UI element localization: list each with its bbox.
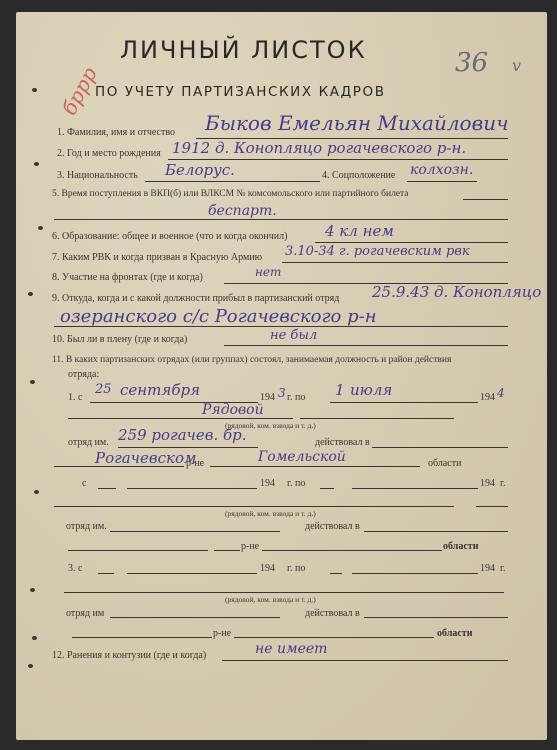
field-2-line: [168, 159, 508, 160]
detachment-3-to-day-line: [330, 573, 342, 574]
document-title: ЛИЧНЫЙ ЛИСТОК: [120, 36, 367, 64]
detachment-2-num: с: [82, 478, 86, 489]
detachment-2-district-line-b: [214, 550, 240, 551]
detachment-2-position-line-b: [476, 506, 508, 507]
detachment-2-from-line: [127, 488, 257, 489]
detachment-3-to-label: г. по: [287, 563, 305, 574]
field-12-line: [222, 660, 508, 661]
detachment-3-position-hint: (рядовой, ком. взвода и т. д.): [225, 595, 316, 604]
detachment-1-position-line: [68, 418, 293, 419]
detachment-3-detachment-line: [110, 617, 280, 618]
detachment-2-from-day-line: [98, 488, 116, 489]
detachment-3-acted-label: действовал в: [305, 608, 360, 619]
field-12-label: 12. Ранения и контузии (где и когда): [52, 650, 206, 661]
field-9-label: 9. Откуда, когда и с какой должности при…: [52, 293, 339, 304]
detachment-1-district: Рогачевском: [95, 449, 196, 467]
punch-hole: [30, 380, 35, 384]
detachment-2-to-year-label: 194: [480, 478, 495, 489]
field-4-line: [407, 181, 477, 182]
field-8-value: нет: [255, 265, 281, 279]
detachment-2-position-line: [54, 506, 454, 507]
detachment-3-from-year-label: 194: [260, 563, 275, 574]
punch-hole: [28, 664, 33, 668]
page-number-annotation: 36: [455, 48, 488, 78]
detachment-2-to-day-line: [320, 488, 334, 489]
field-5-line-b: [54, 219, 508, 220]
field-9-value: 25.9.43 д. Конопляцо: [372, 283, 541, 301]
punch-hole: [30, 588, 35, 592]
punch-hole: [34, 162, 39, 166]
detachment-2-acted-label: действовал в: [305, 521, 360, 532]
detachment-1-region: Гомельской: [258, 449, 346, 465]
detachment-2-to-label: г. по: [287, 478, 305, 489]
field-3-line: [145, 181, 320, 182]
detachment-2-detachment-line: [110, 531, 280, 532]
detachment-1-position-line-b: [300, 418, 454, 419]
field-3-value: Белорус.: [165, 161, 235, 179]
detachment-2-district-label: р-не: [241, 541, 259, 552]
detachment-1-to-year-label: 194: [480, 392, 495, 403]
document-subtitle: ПО УЧЕТУ ПАРТИЗАНСКИХ КАДРОВ: [95, 84, 386, 100]
detachment-1-to-day: 1: [335, 381, 345, 399]
punch-hole: [28, 292, 33, 296]
checkmark-annotation: v: [512, 56, 521, 75]
detachment-2-region-line: [262, 550, 442, 551]
field-12-value: не имеет: [255, 641, 327, 657]
detachment-3-detachment-label: отряд им: [66, 608, 104, 619]
field-10-value: не был: [270, 328, 317, 343]
field-8-label: 8. Участие на фронтах (где и когда): [52, 272, 203, 283]
field-3-label: 3. Национальность: [57, 170, 138, 181]
field-7-line: [282, 262, 508, 263]
field-4-label: 4. Соцположение: [322, 170, 395, 181]
field-7-label: 7. Каким РВК и когда призван в Красную А…: [52, 252, 262, 263]
field-6-line: [315, 242, 508, 243]
punch-hole: [32, 636, 37, 640]
detachment-1-region-label: области: [428, 458, 461, 469]
detachment-1-position: Рядовой: [202, 402, 264, 418]
detachment-1-region-line: [210, 466, 420, 467]
detachment-2-district-line-a: [68, 550, 208, 551]
detachment-3-district-line: [72, 637, 212, 638]
detachment-1-num: 1. с: [68, 392, 82, 403]
detachment-1-acted-line: [372, 447, 508, 448]
field-9-value-2: озеранского с/с Рогачевского р-н: [60, 306, 377, 327]
field-11-label: 11. В каких партизанских отрядах (или гр…: [52, 355, 451, 365]
detachment-2-from-year-label: 194: [260, 478, 275, 489]
detachment-2-detachment-label: отряд им.: [66, 521, 107, 532]
field-6-label: 6. Образование: общее и военное (что и к…: [52, 231, 287, 242]
field-1-value: Быков Емельян Михайлович: [205, 111, 509, 135]
detachment-3-from-day-line: [98, 573, 114, 574]
detachment-1-from-month: сентября: [120, 381, 200, 399]
detachment-1-from-day: 25: [95, 382, 112, 397]
detachment-2-region-label: области: [443, 541, 478, 552]
detachment-3-region-label: области: [437, 628, 472, 639]
field-10-label: 10. Был ли в плену (где и когда): [52, 334, 187, 345]
field-4-value: колхозн.: [410, 162, 473, 178]
field-2-label: 2. Год и место рождения: [57, 148, 161, 159]
field-5-value: беспарт.: [208, 203, 277, 219]
detachment-2-acted-line: [364, 531, 508, 532]
detachment-3-from-line: [127, 573, 257, 574]
detachment-3-position-line: [64, 592, 504, 593]
detachment-3-district-label: р-не: [213, 628, 231, 639]
detachment-1-to-year-digit: 4: [497, 386, 505, 400]
punch-hole: [32, 88, 37, 92]
detachment-2-position-hint: (рядовой, ком. взвода и т. д.): [225, 509, 316, 518]
detachment-1-to-label: г. по: [287, 392, 305, 403]
field-5-line-a: [463, 199, 508, 200]
field-6-value: 4 кл нем: [325, 222, 394, 240]
detachment-1-acted-label: действовал в: [315, 437, 370, 448]
detachment-1-to-month: июля: [350, 381, 392, 399]
detachment-3-to-year-label: 194: [480, 563, 495, 574]
field-5-label: 5. Время поступления в ВКП(б) или ВЛКСМ …: [52, 189, 409, 199]
detachment-1-district-label: р-не: [186, 458, 204, 469]
detachment-1-detachment: 259 рогачев. бр.: [118, 426, 247, 444]
punch-hole: [34, 490, 39, 494]
field-7-value: 3.10-34 г. рогачевским рвк: [285, 244, 470, 259]
field-11-label-2: отряда:: [68, 369, 99, 380]
detachment-3-region-line: [234, 637, 434, 638]
detachment-1-detachment-line: [118, 447, 258, 448]
field-1-label: 1. Фамилия, имя и отчество: [57, 127, 175, 138]
detachment-1-detachment-label: отряд им.: [68, 437, 109, 448]
detachment-1-from-year-digit: 3: [278, 386, 286, 400]
detachment-3-to-line: [352, 573, 478, 574]
detachment-2-to-line: [352, 488, 478, 489]
field-10-line: [224, 345, 508, 346]
punch-hole: [38, 226, 43, 230]
detachment-3-to-year-suffix: г.: [500, 563, 505, 574]
field-2-value: 1912 д. Конопляцо рогачевского р-н.: [172, 139, 466, 157]
detachment-3-acted-line: [364, 617, 508, 618]
detachment-3-num: 3. с: [68, 563, 82, 574]
detachment-2-to-year-suffix: г.: [500, 478, 505, 489]
detachment-1-to-line: [330, 402, 478, 403]
